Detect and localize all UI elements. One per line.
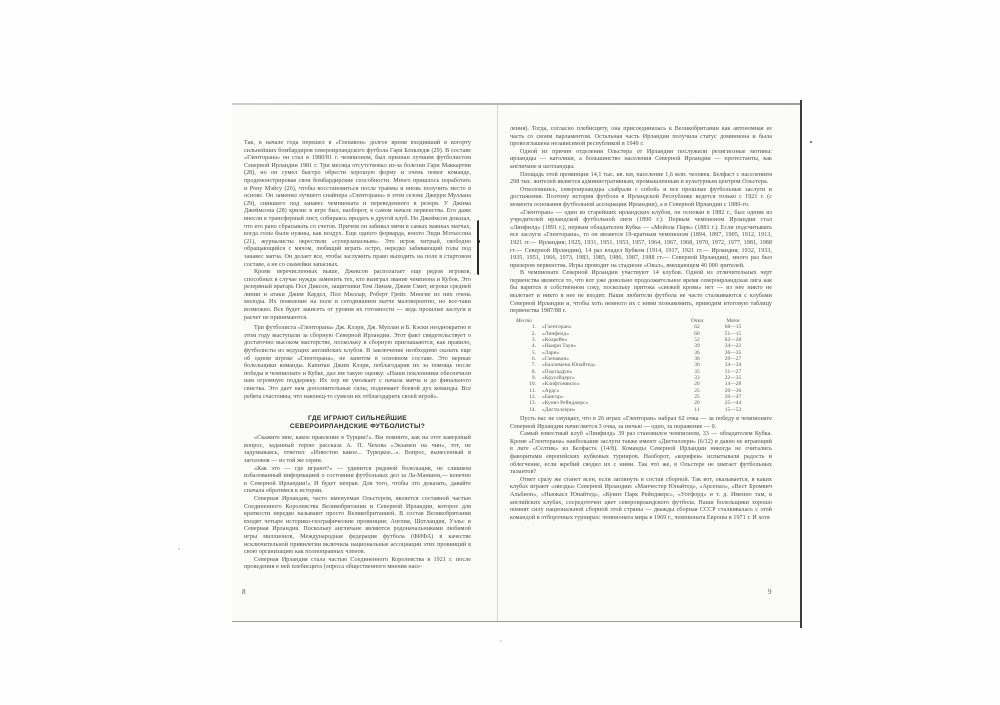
paragraph: «Гленторан» — один из старейших ирландск…	[510, 210, 772, 271]
spine-fold	[497, 105, 498, 621]
paragraph: Пусть вас не смущает, что в 26 играх «Гл…	[510, 416, 772, 431]
paragraph: Площадь этой провинции 14,1 тыс. кв. км,…	[510, 172, 772, 187]
left-intro-text: Так, в начале года перешел в «Гленавон» …	[244, 140, 471, 401]
dust-speck	[500, 640, 502, 642]
paragraph: Так, в начале года перешел в «Гленавон» …	[244, 140, 471, 269]
paragraph: «Как это — где играют?» — удивится рядов…	[244, 466, 471, 496]
page-edge-shadow	[800, 100, 802, 628]
left-page: Так, в начале года перешел в «Гленавон» …	[244, 140, 471, 572]
row-position: 14.	[510, 407, 542, 413]
paragraph: Самый известный клуб «Линфилд» 39 раз ст…	[510, 431, 772, 477]
dust-speck	[810, 141, 812, 143]
table-body: 1.«Гленторан»6268—152.«Линфилд»6051—153.…	[510, 324, 772, 413]
paragraph: Северная Ирландия, часто именуемая Ольст…	[244, 496, 471, 557]
heading-line: ГДЕ ИГРАЮТ СИЛЬНЕЙШИЕ	[244, 415, 471, 423]
paragraph: Одной из причин отделения Ольстера от Ир…	[510, 149, 772, 172]
paragraph: В чемпионате Северной Ирландии участвуют…	[510, 270, 772, 316]
page-number-left: 8	[242, 588, 246, 596]
left-article-text: «Скажите мне, какое правление в Турции?»…	[244, 435, 471, 572]
section-heading: ГДЕ ИГРАЮТ СИЛЬНЕЙШИЕ СЕВЕРОИРЛАНДСКИЕ Ф…	[244, 415, 471, 431]
page-number-right: 9	[768, 588, 772, 596]
paragraph: Отколовшись, североирландцы «забрали с с…	[510, 187, 772, 210]
paragraph: «Скажите мне, какое правление в Турции?»…	[244, 435, 471, 465]
dust-speck	[178, 548, 180, 550]
paragraph: Три футболиста «Гленторана» Дж. Клэри, Д…	[244, 325, 471, 401]
paragraph: ления). Тогда, согласно плебисциту, она …	[510, 126, 772, 149]
staple	[477, 220, 483, 275]
paragraph: Ответ сразу же станет ясен, если загляну…	[510, 477, 772, 523]
heading-line: СЕВЕРОИРЛАНДСКИЕ ФУТБОЛИСТЫ?	[244, 423, 471, 431]
row-points: 11	[682, 407, 712, 413]
league-standings-table: Место Очки Мячи 1.«Гленторан»6268—152.«Л…	[510, 318, 772, 413]
row-goals: 15—53	[718, 407, 748, 413]
row-club: «Дистиллери»	[542, 407, 662, 413]
table-row: 14.«Дистиллери»1115—53	[510, 407, 772, 413]
right-page: ления). Тогда, согласно плебисциту, она …	[510, 126, 772, 522]
paragraph: Кроме перечисленных выше, Джексон распол…	[244, 269, 471, 322]
paragraph: Северная Ирландия стала частью Соединенн…	[244, 557, 471, 572]
